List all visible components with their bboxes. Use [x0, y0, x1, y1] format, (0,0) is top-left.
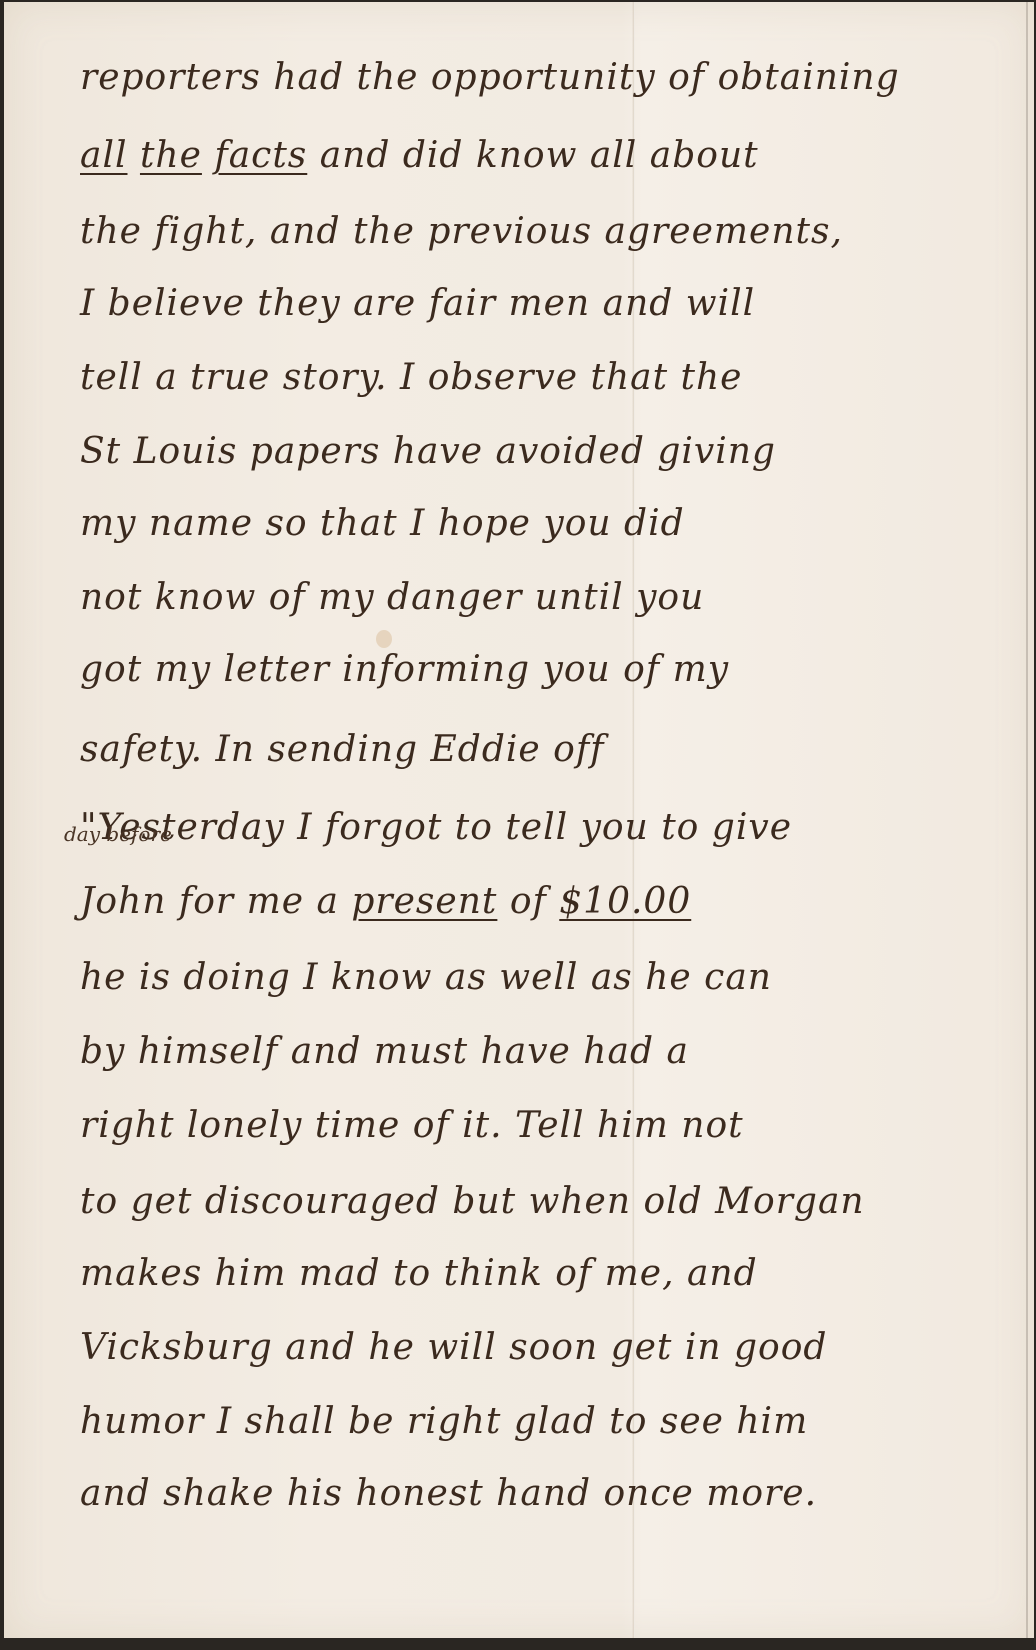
letter-line: all the facts and did know all about	[80, 138, 759, 174]
letter-line: my name so that I hope you did	[80, 506, 685, 542]
letter-line: not know of my danger until you	[80, 580, 704, 616]
line-mid: of	[497, 881, 559, 922]
letter-line: he is doing I know as well as he can	[80, 960, 772, 996]
letter-page: reporters had the opportunity of obtaini…	[4, 2, 1034, 1638]
letter-line: safety. In sending Eddie off	[80, 732, 604, 768]
letter-line: the fight, and the previous agreements,	[80, 214, 843, 250]
letter-line: reporters had the opportunity of obtaini…	[80, 60, 900, 96]
letter-line: got my letter informing you of my	[80, 652, 729, 688]
underlined-word: the	[140, 135, 202, 176]
underlined-amount: $10.00	[559, 881, 691, 922]
letter-line: makes him mad to think of me, and	[80, 1256, 758, 1292]
letter-line: tell a true story. I observe that the	[80, 360, 742, 396]
letter-line: St Louis papers have avoided giving	[80, 434, 776, 470]
underlined-word: present	[351, 881, 497, 922]
underlined-word: facts	[214, 135, 307, 176]
underlined-word: all	[80, 135, 128, 176]
ink-stain	[376, 630, 392, 648]
letter-line: right lonely time of it. Tell him not	[80, 1108, 744, 1144]
paper-edge	[1026, 2, 1028, 1638]
letter-line: by himself and must have had a	[80, 1034, 689, 1070]
letter-line: Vicksburg and he will soon get in good	[80, 1330, 827, 1366]
letter-line: John for me a present of $10.00	[80, 884, 691, 920]
line-rest: and did know all about	[307, 135, 758, 176]
letter-line: "Yesterday I forgot to tell you to give	[80, 810, 792, 846]
letter-line: I believe they are fair men and will	[80, 286, 755, 322]
letter-line: and shake his honest hand once more.	[80, 1476, 817, 1512]
line-start: John for me a	[80, 881, 351, 922]
interlinear-insertion: day before	[64, 822, 172, 846]
letter-line: to get discouraged but when old Morgan	[80, 1184, 865, 1220]
letter-line: humor I shall be right glad to see him	[80, 1404, 808, 1440]
